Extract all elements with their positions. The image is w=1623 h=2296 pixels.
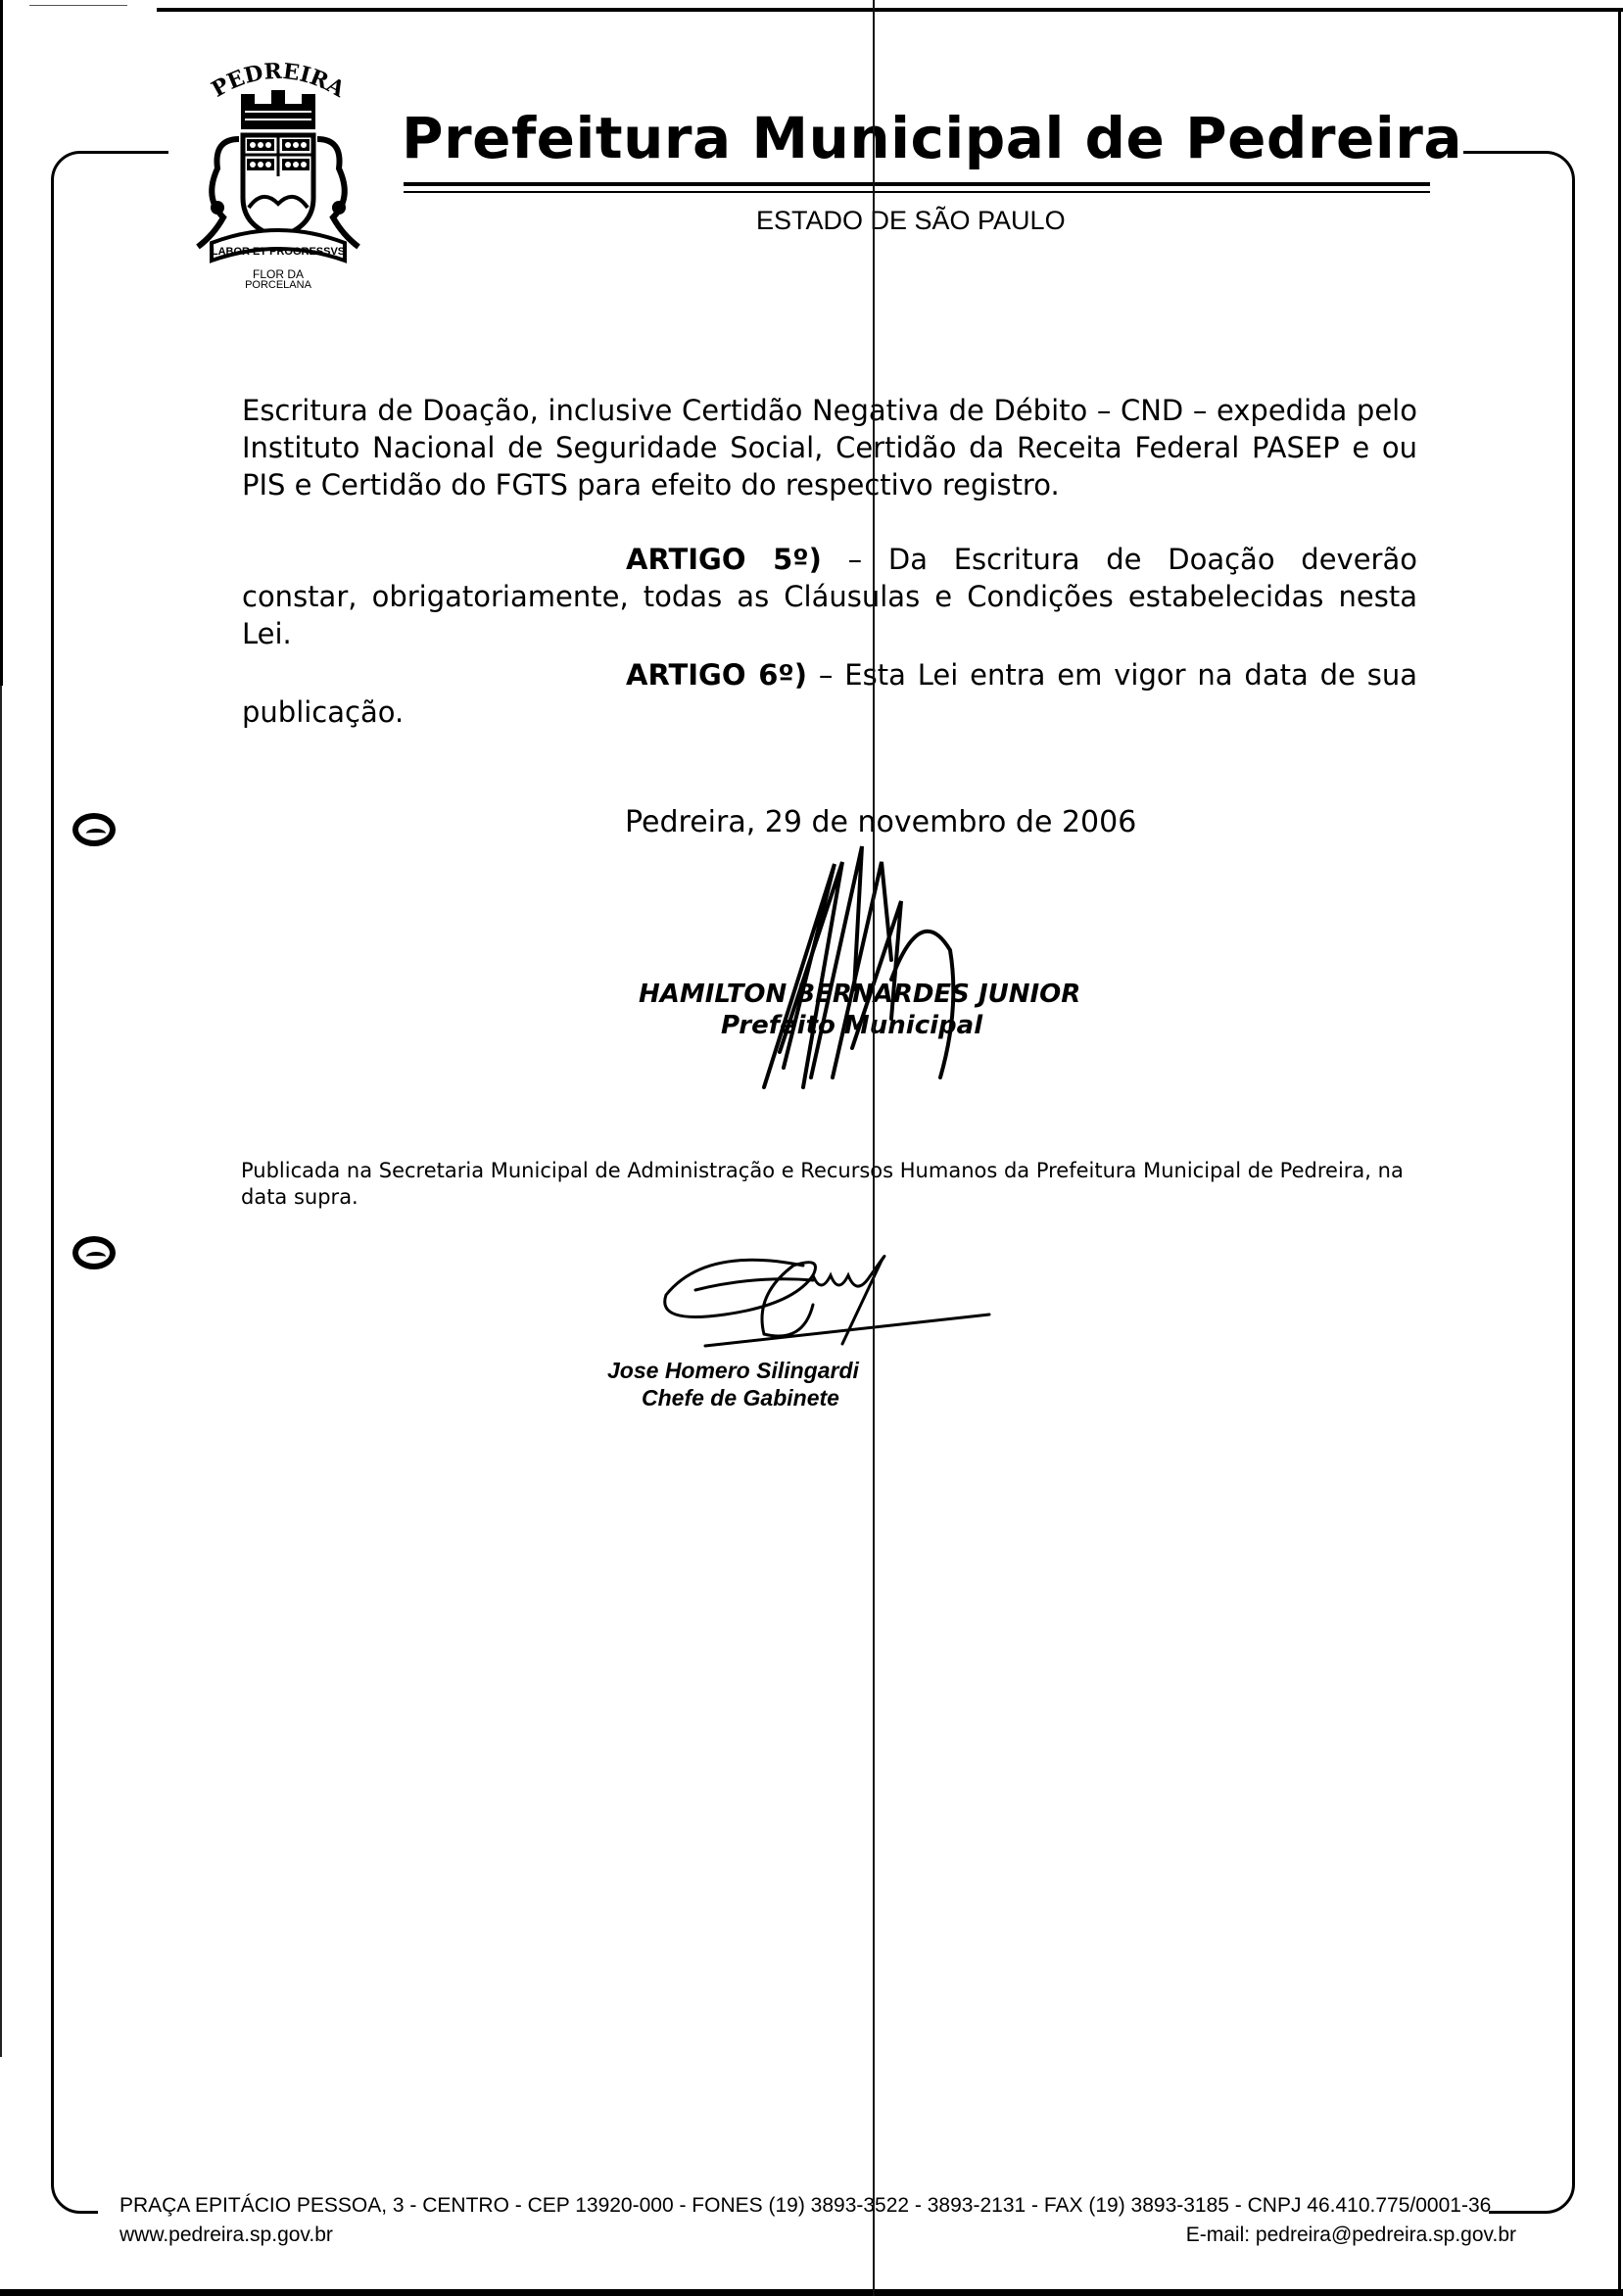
artigo-6-text: publicação. — [242, 695, 404, 729]
scan-edge-left — [0, 0, 3, 686]
chief-of-staff-name: Jose Homero Silingardi — [607, 1358, 859, 1384]
artigo-5-text: constar, obrigatoriamente, todas as Cláu… — [242, 580, 1417, 650]
scan-edge-bottom — [0, 2289, 1623, 2296]
crest-motto: LABOR ET PROGRESSVS — [212, 246, 345, 258]
footer-address: PRAÇA EPITÁCIO PESSOA, 3 - CENTRO - CEP … — [119, 2194, 1491, 2218]
punch-hole-icon — [72, 1236, 116, 1269]
svg-text:PORCELANA: PORCELANA — [245, 279, 312, 288]
title-underline-thick — [404, 182, 1430, 186]
date-line: Pedreira, 29 de novembro de 2006 — [625, 805, 1136, 839]
letterhead-subtitle: ESTADO DE SÃO PAULO — [756, 206, 1066, 236]
chief-of-staff-title: Chefe de Gabinete — [642, 1385, 839, 1411]
scanner-artifact-line — [873, 0, 875, 2296]
artigo-5: ARTIGO 5º) – Da Escritura de Doação deve… — [242, 541, 1417, 652]
artigo-5-first-line: – Da Escritura de Doação deverão — [848, 543, 1417, 576]
mayor-signature-icon — [744, 842, 979, 1097]
artigo-6-label: ARTIGO 6º) — [626, 658, 807, 692]
footer-email[interactable]: E-mail: pedreira@pedreira.sp.gov.br — [1186, 2224, 1516, 2247]
punch-hole-icon — [72, 813, 116, 846]
chief-of-staff-signature-icon — [646, 1236, 999, 1354]
mayor-name: HAMILTON BERNARDES JUNIOR — [639, 980, 1080, 1009]
scan-edge-right — [1618, 10, 1621, 2296]
scan-edge-left-lower — [0, 686, 2, 2057]
artigo-5-label: ARTIGO 5º) — [626, 543, 822, 576]
paragraph-escritura: Escritura de Doação, inclusive Certidão … — [242, 392, 1417, 503]
publication-note: Publicada na Secretaria Municipal de Adm… — [241, 1158, 1426, 1211]
title-underline-thin — [404, 191, 1430, 193]
footer-website[interactable]: www.pedreira.sp.gov.br — [119, 2224, 333, 2247]
scan-edge-top-faint — [29, 5, 127, 6]
municipal-coat-of-arms-icon: PEDREIRA LABOR ET PROGRESSVS FLOR DA POR… — [184, 61, 372, 288]
mayor-title: Prefeito Municipal — [721, 1011, 982, 1040]
artigo-6-first-line: – Esta Lei entra em vigor na data de sua — [819, 658, 1417, 692]
artigo-6: ARTIGO 6º) – Esta Lei entra em vigor na … — [242, 656, 1417, 731]
letterhead-title: Prefeitura Municipal de Pedreira — [402, 110, 1462, 167]
scan-edge-top — [157, 8, 1623, 12]
